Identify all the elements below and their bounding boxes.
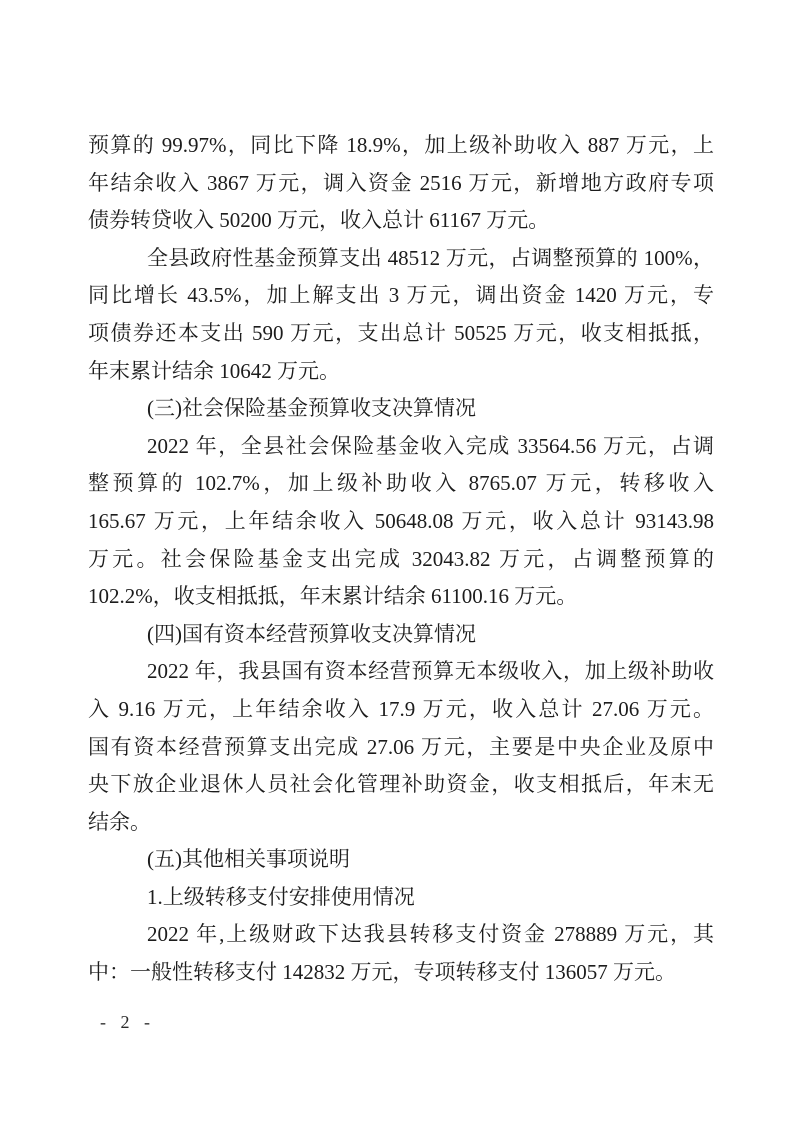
text-line: 整预算的 102.7%，加上级补助收入 8765.07 万元，转移收入 [88,465,714,503]
text-line: 同比增长 43.5%，加上解支出 3 万元，调出资金 1420 万元，专 [88,277,714,315]
text-line: 165.67 万元，上年结余收入 50648.08 万元，收入总计 93143.… [88,503,714,541]
text-line: 2022 年，我县国有资本经营预算无本级收入，加上级补助收 [88,653,714,691]
document-body: 预算的 99.97%，同比下降 18.9%，加上级补助收入 887 万元，上 年… [88,127,714,992]
section-heading-social-insurance: (三)社会保险基金预算收支决算情况 [88,390,714,428]
text-line: 年末累计结余 10642 万元。 [88,353,714,391]
paragraph-transfer-payment: 2022 年,上级财政下达我县转移支付资金 278889 万元，其 中：一般性转… [88,916,714,991]
text-line: 102.2%，收支相抵抵，年末累计结余 61100.16 万元。 [88,578,714,616]
subheading-transfer-payment: 1.上级转移支付安排使用情况 [88,879,714,917]
text-line: 国有资本经营预算支出完成 27.06 万元，主要是中央企业及原中 [88,729,714,767]
paragraph-social-insurance-fund: 2022 年，全县社会保险基金收入完成 33564.56 万元，占调 整预算的 … [88,428,714,616]
text-line: 中：一般性转移支付 142832 万元，专项转移支付 136057 万元。 [88,954,714,992]
paragraph-budget-revenue-continued: 预算的 99.97%，同比下降 18.9%，加上级补助收入 887 万元，上 年… [88,127,714,240]
document-page: 预算的 99.97%，同比下降 18.9%，加上级补助收入 887 万元，上 年… [0,0,793,1122]
text-line: 入 9.16 万元，上年结余收入 17.9 万元，收入总计 27.06 万元。 [88,691,714,729]
paragraph-govt-fund-expenditure: 全县政府性基金预算支出 48512 万元，占调整预算的 100%， 同比增长 4… [88,240,714,390]
text-line: 2022 年，全县社会保险基金收入完成 33564.56 万元，占调 [88,428,714,466]
page-number: - 2 - [100,1012,155,1033]
text-line: 年结余收入 3867 万元，调入资金 2516 万元，新增地方政府专项 [88,165,714,203]
text-line: 项债券还本支出 590 万元，支出总计 50525 万元，收支相抵抵， [88,315,714,353]
text-line: 全县政府性基金预算支出 48512 万元，占调整预算的 100%， [88,240,714,278]
text-line: 结余。 [88,804,714,842]
text-line: 2022 年,上级财政下达我县转移支付资金 278889 万元，其 [88,916,714,954]
text-line: 预算的 99.97%，同比下降 18.9%，加上级补助收入 887 万元，上 [88,127,714,165]
section-heading-state-capital: (四)国有资本经营预算收支决算情况 [88,616,714,654]
section-heading-other-matters: (五)其他相关事项说明 [88,841,714,879]
text-line: 央下放企业退休人员社会化管理补助资金，收支相抵后，年末无 [88,766,714,804]
text-line: 万元。社会保险基金支出完成 32043.82 万元，占调整预算的 [88,541,714,579]
text-line: 债券转贷收入 50200 万元，收入总计 61167 万元。 [88,202,714,240]
paragraph-state-capital-budget: 2022 年，我县国有资本经营预算无本级收入，加上级补助收 入 9.16 万元，… [88,653,714,841]
